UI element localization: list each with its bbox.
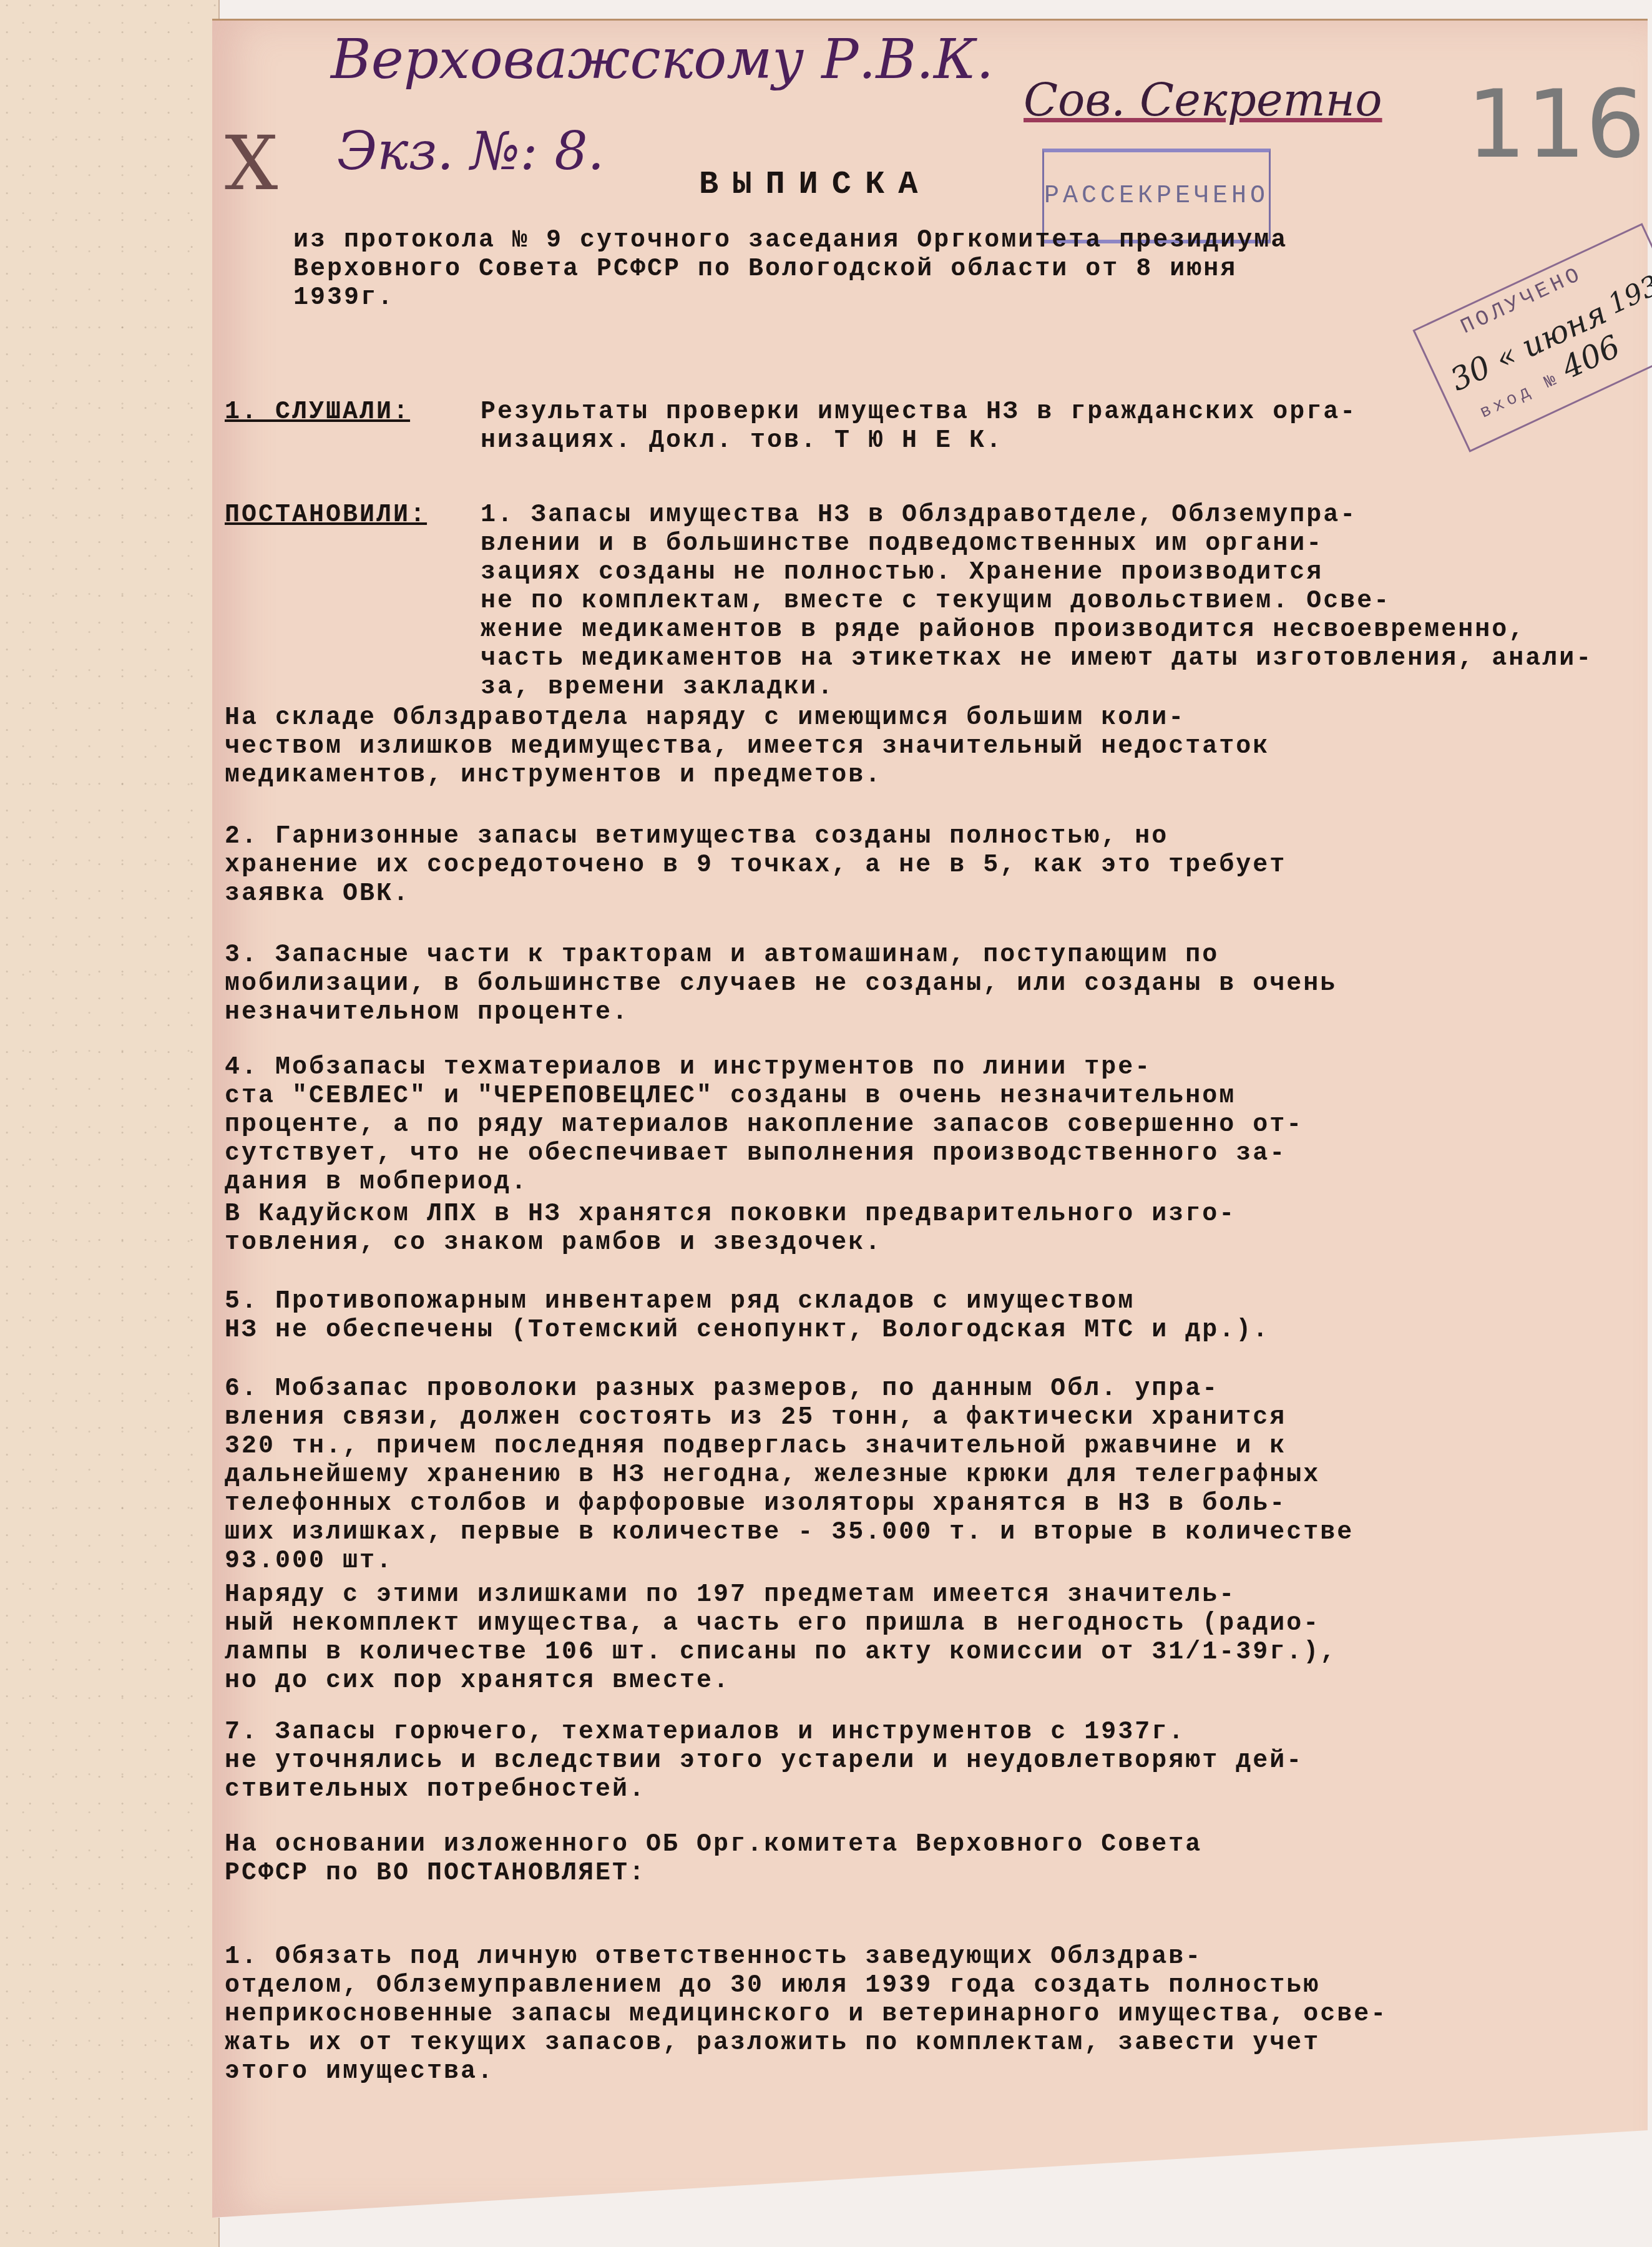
paragraph-1: 1. Запасы имущества НЗ в Облздравотделе,… — [481, 501, 1593, 702]
paragraph-5: 5. Противопожарным инвентарем ряд складо… — [225, 1288, 1269, 1345]
paragraph-1b: На складе Облздравотдела наряду с имеющи… — [225, 704, 1269, 790]
heard-text: Результаты проверки имущества НЗ в гражд… — [481, 398, 1357, 456]
received-year: 1939г. — [1603, 252, 1652, 320]
document-sheet: X Верховажскому Р.В.К. Экз. №: 8. Сов. С… — [212, 19, 1648, 2218]
handwritten-copy-number: Экз. №: 8. — [337, 120, 604, 182]
paragraph-4: 4. Мобзапасы техматериалов и инструменто… — [225, 1054, 1303, 1197]
received-stamp: ПОЛУЧЕНО 30 « июня 1939г. вход № 406 — [1412, 223, 1652, 452]
paragraph-6: 6. Мобзапас проволоки разных размеров, п… — [225, 1375, 1354, 1576]
document-title: ВЫПИСКА — [699, 170, 931, 199]
paragraph-7: 7. Запасы горючего, техматериалов и инст… — [225, 1718, 1303, 1804]
classification-mark: Сов. Секретно — [1024, 74, 1382, 126]
declassified-stamp-text: РАССЕКРЕЧЕНО — [1044, 182, 1269, 210]
resolved-label: ПОСТАНОВИЛИ: — [225, 501, 427, 530]
decision-1: 1. Обязать под личную ответственность за… — [225, 1943, 1387, 2087]
handwritten-addressee: Верховажскому Р.В.К. — [331, 27, 994, 91]
paragraph-3: 3. Запасные части к тракторам и автомаши… — [225, 941, 1337, 1027]
paragraph-6b: Наряду с этими излишками по 197 предмета… — [225, 1581, 1337, 1696]
folio-number: 116 — [1467, 71, 1645, 179]
decision-intro: На основании изложенного ОБ Орг.комитета… — [225, 1831, 1202, 1888]
paragraph-2: 2. Гарнизонные запасы ветимущества созда… — [225, 823, 1286, 909]
pencil-mark: X — [225, 120, 278, 207]
previous-page-edge — [0, 0, 220, 2247]
document-subtitle: из протокола № 9 суточного заседания Орг… — [293, 227, 1288, 313]
heard-label: 1. СЛУШАЛИ: — [225, 398, 410, 427]
paragraph-4b: В Кадуйском ЛПХ в НЗ хранятся поковки пр… — [225, 1200, 1236, 1258]
